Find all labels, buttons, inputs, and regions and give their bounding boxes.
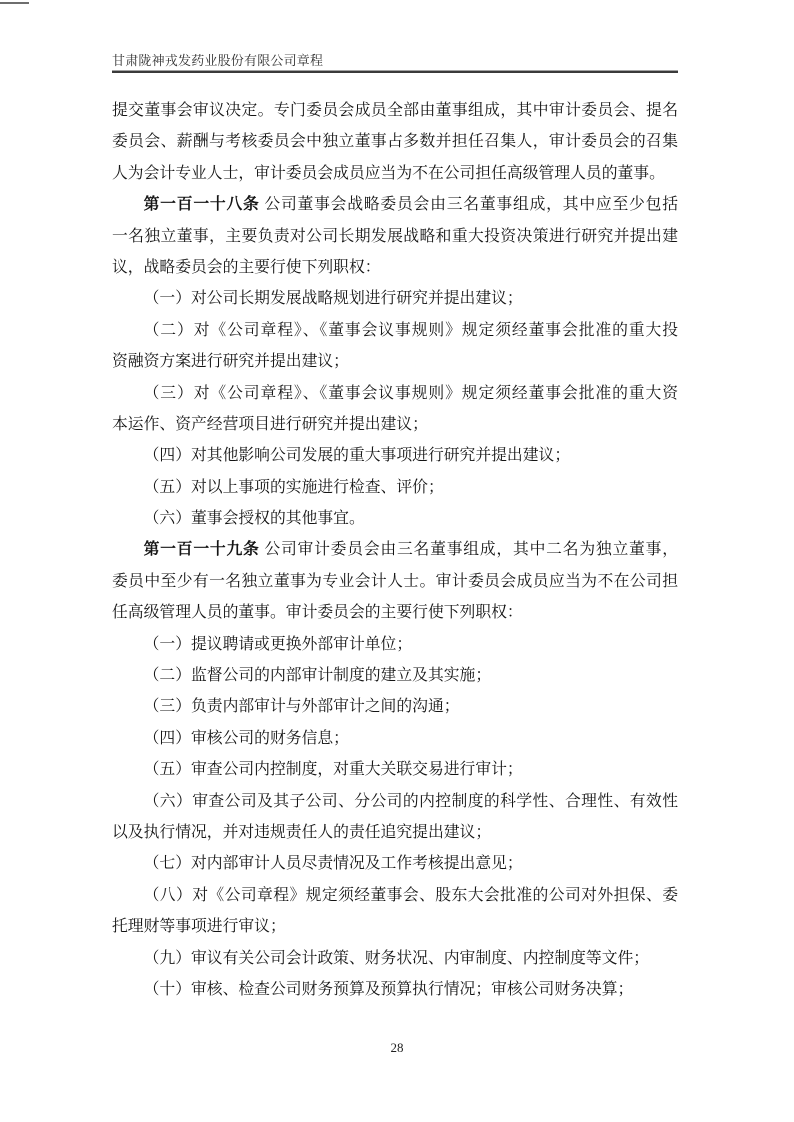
line-text: 公司董事会战略委员会由三名董事组成，其中应至少包括 bbox=[260, 196, 678, 213]
line-text: （七）对内部审计人员尽责情况及工作考核提出意见； bbox=[144, 855, 523, 872]
text-line: （五）审查公司内控制度，对重大关联交易进行审计； bbox=[112, 754, 678, 785]
header-title: 甘肃陇神戎发药业股份有限公司章程 bbox=[112, 54, 323, 68]
line-text: （四）对其他影响公司发展的重大事项进行研究并提出建议； bbox=[144, 447, 571, 464]
article-heading-line: 第一百一十八条 公司董事会战略委员会由三名董事组成，其中应至少包括 bbox=[112, 189, 678, 220]
text-line: （四）对其他影响公司发展的重大事项进行研究并提出建议； bbox=[112, 440, 678, 471]
header-rule bbox=[112, 70, 678, 73]
page-number: 28 bbox=[0, 1040, 794, 1056]
text-line: （三）负责内部审计与外部审计之间的沟通； bbox=[112, 691, 678, 722]
line-text: （十）审核、检查公司财务预算及预算执行情况；审核公司财务决算； bbox=[144, 981, 634, 998]
line-text: （三）负责内部审计与外部审计之间的沟通； bbox=[144, 698, 460, 715]
text-line: （七）对内部审计人员尽责情况及工作考核提出意见； bbox=[112, 848, 678, 879]
text-line: （六）董事会授权的其他事宜。 bbox=[112, 503, 678, 534]
text-line: （一）提议聘请或更换外部审计单位； bbox=[112, 629, 678, 660]
line-text: （二）对《公司章程》、《董事会议事规则》规定须经董事会批准的重大投 bbox=[144, 322, 678, 339]
line-text: （五）审查公司内控制度，对重大关联交易进行审计； bbox=[144, 761, 523, 778]
line-text: 一名独立董事，主要负责对公司长期发展战略和重大投资决策进行研究并提出建 bbox=[112, 228, 678, 245]
text-line: （八）对《公司章程》规定须经董事会、股东大会批准的公司对外担保、委 bbox=[112, 880, 678, 911]
article-number: 第一百一十九条 bbox=[144, 541, 260, 558]
text-line: 任高级管理人员的董事。审计委员会的主要行使下列职权： bbox=[112, 597, 678, 628]
text-line: 以及执行情况，并对违规责任人的责任追究提出建议； bbox=[112, 817, 678, 848]
text-line: 提交董事会审议决定。专门委员会成员全部由董事组成，其中审计委员会、提名 bbox=[112, 95, 678, 126]
text-line: 议，战略委员会的主要行使下列职权： bbox=[112, 252, 678, 283]
line-text: 任高级管理人员的董事。审计委员会的主要行使下列职权： bbox=[112, 604, 523, 621]
line-text: 本运作、资产经营项目进行研究并提出建议； bbox=[112, 416, 428, 433]
line-text: （二）监督公司的内部审计制度的建立及其实施； bbox=[144, 667, 492, 684]
line-text: （一）对公司长期发展战略规划进行研究并提出建议； bbox=[144, 290, 523, 307]
text-line: （九）审议有关公司会计政策、财务状况、内审制度、内控制度等文件； bbox=[112, 943, 678, 974]
line-text: （六）董事会授权的其他事宜。 bbox=[144, 510, 365, 527]
text-line: （六）审查公司及其子公司、分公司的内控制度的科学性、合理性、有效性 bbox=[112, 786, 678, 817]
scan-corner-mark bbox=[0, 2, 29, 4]
text-line: 委员会、薪酬与考核委员会中独立董事占多数并担任召集人，审计委员会的召集 bbox=[112, 126, 678, 157]
text-line: （十）审核、检查公司财务预算及预算执行情况；审核公司财务决算； bbox=[112, 974, 678, 1005]
text-line: （二）对《公司章程》、《董事会议事规则》规定须经董事会批准的重大投 bbox=[112, 315, 678, 346]
text-line: （一）对公司长期发展战略规划进行研究并提出建议； bbox=[112, 283, 678, 314]
line-text: 资融资方案进行研究并提出建议； bbox=[112, 353, 349, 370]
line-text: 托理财等事项进行审议； bbox=[112, 918, 286, 935]
text-line: （五）对以上事项的实施进行检查、评价； bbox=[112, 472, 678, 503]
text-line: （二）监督公司的内部审计制度的建立及其实施； bbox=[112, 660, 678, 691]
text-line: 一名独立董事，主要负责对公司长期发展战略和重大投资决策进行研究并提出建 bbox=[112, 221, 678, 252]
line-text: 人为会计专业人士，审计委员会成员应当为不在公司担任高级管理人员的董事。 bbox=[112, 165, 665, 182]
line-text: 委员中至少有一名独立董事为专业会计人士。审计委员会成员应当为不在公司担 bbox=[112, 573, 678, 590]
line-text: （五）对以上事项的实施进行检查、评价； bbox=[144, 479, 444, 496]
line-text: （三）对《公司章程》、《董事会议事规则》规定须经董事会批准的重大资 bbox=[144, 385, 678, 402]
text-line: 本运作、资产经营项目进行研究并提出建议； bbox=[112, 409, 678, 440]
text-line: 人为会计专业人士，审计委员会成员应当为不在公司担任高级管理人员的董事。 bbox=[112, 158, 678, 189]
line-text: （九）审议有关公司会计政策、财务状况、内审制度、内控制度等文件； bbox=[144, 950, 650, 967]
document-body: 提交董事会审议决定。专门委员会成员全部由董事组成，其中审计委员会、提名委员会、薪… bbox=[112, 95, 678, 1005]
line-text: （一）提议聘请或更换外部审计单位； bbox=[144, 636, 413, 653]
article-heading-line: 第一百一十九条 公司审计委员会由三名董事组成，其中二名为独立董事， bbox=[112, 534, 678, 565]
line-text: 委员会、薪酬与考核委员会中独立董事占多数并担任召集人，审计委员会的召集 bbox=[112, 133, 678, 150]
text-line: （四）审核公司的财务信息； bbox=[112, 723, 678, 754]
line-text: （六）审查公司及其子公司、分公司的内控制度的科学性、合理性、有效性 bbox=[144, 793, 678, 810]
text-line: 资融资方案进行研究并提出建议； bbox=[112, 346, 678, 377]
line-text: （四）审核公司的财务信息； bbox=[144, 730, 349, 747]
text-line: 委员中至少有一名独立董事为专业会计人士。审计委员会成员应当为不在公司担 bbox=[112, 566, 678, 597]
line-text: （八）对《公司章程》规定须经董事会、股东大会批准的公司对外担保、委 bbox=[144, 887, 678, 904]
line-text: 议，战略委员会的主要行使下列职权： bbox=[112, 259, 381, 276]
document-page: 甘肃陇神戎发药业股份有限公司章程 提交董事会审议决定。专门委员会成员全部由董事组… bbox=[0, 0, 794, 1122]
line-text: 以及执行情况，并对违规责任人的责任追究提出建议； bbox=[112, 824, 491, 841]
text-line: 托理财等事项进行审议； bbox=[112, 911, 678, 942]
article-number: 第一百一十八条 bbox=[144, 196, 260, 213]
line-text: 提交董事会审议决定。专门委员会成员全部由董事组成，其中审计委员会、提名 bbox=[112, 102, 678, 119]
text-line: （三）对《公司章程》、《董事会议事规则》规定须经董事会批准的重大资 bbox=[112, 378, 678, 409]
line-text: 公司审计委员会由三名董事组成，其中二名为独立董事， bbox=[260, 541, 678, 558]
